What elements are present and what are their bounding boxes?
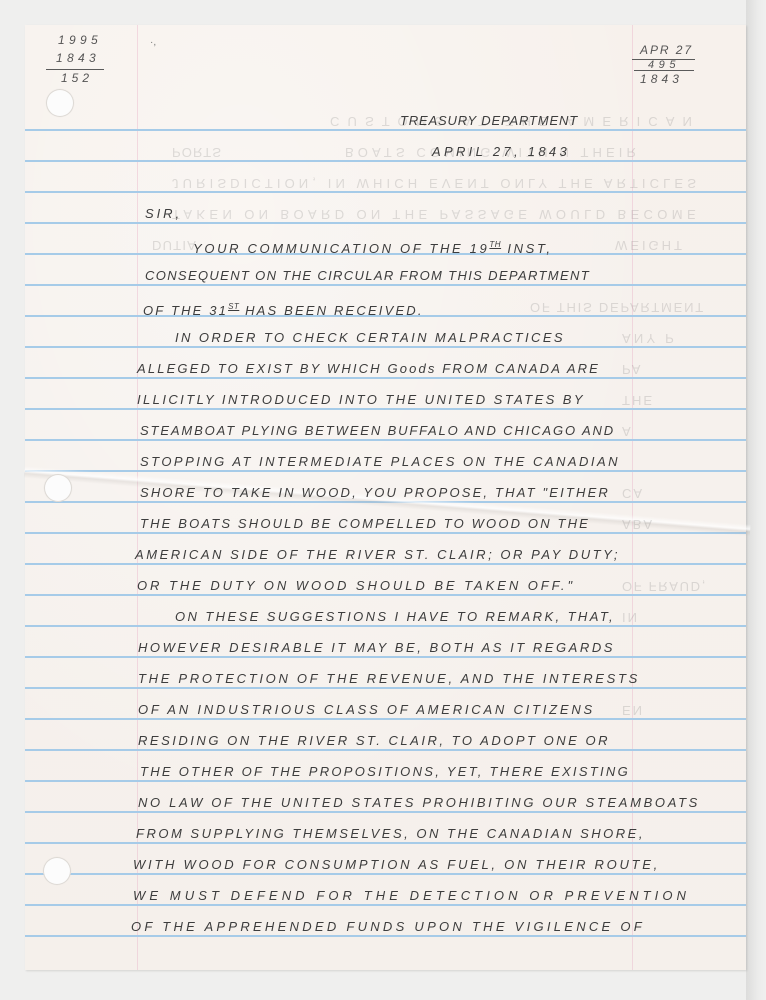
scanner-background xyxy=(746,0,766,1000)
body-line: WE MUST DEFEND FOR THE DETECTION OR PREV… xyxy=(133,887,690,905)
body-line-text: OF THE 31 xyxy=(143,303,228,318)
body-line-text: YOUR COMMUNICATION OF THE 19 xyxy=(193,241,489,256)
body-line: CONSEQUENT ON THE CIRCULAR FROM THIS DEP… xyxy=(145,267,590,285)
annotation-year: 1843 xyxy=(640,72,683,86)
ghost-line: ANY P xyxy=(622,329,677,347)
ghost-line: A xyxy=(622,422,633,440)
ghost-line: IN xyxy=(622,608,639,626)
body-line: FROM SUPPLYING THEMSELVES, ON THE CANADI… xyxy=(136,825,645,843)
pencil-speck: ·, xyxy=(150,37,156,48)
superscript: TH xyxy=(489,240,501,249)
ghost-line: TAKEN ON BOARD ON THE PASSAGE WOULD BECO… xyxy=(172,205,700,223)
body-line: OF THE APPREHENDED FUNDS UPON THE VIGILE… xyxy=(131,918,645,936)
ghost-line: CA xyxy=(622,484,644,502)
ghost-line: OF FRAUD, xyxy=(622,577,707,595)
letter-date: APRIL 27, 1843 xyxy=(432,143,570,161)
annotation-result: 152 xyxy=(61,71,93,85)
body-line: OF AN INDUSTRIOUS CLASS OF AMERICAN CITI… xyxy=(138,701,595,719)
body-line: STEAMBOAT PLYING BETWEEN BUFFALO AND CHI… xyxy=(140,422,615,440)
ghost-line: JURISDICTION, IN WHICH EVENT ONLY THE AR… xyxy=(172,174,700,192)
body-line: WITH WOOD FOR CONSUMPTION AS FUEL, ON TH… xyxy=(133,856,660,874)
body-line: STOPPING AT INTERMEDIATE PLACES ON THE C… xyxy=(140,453,620,471)
body-line: OR THE DUTY ON WOOD SHOULD BE TAKEN OFF.… xyxy=(137,577,575,595)
annotation-underline xyxy=(634,70,694,71)
ghost-line: OF THIS DEPARTMENT xyxy=(530,298,705,316)
annotation-sum-line xyxy=(46,69,104,70)
punch-hole-bottom xyxy=(43,857,71,885)
body-line-text: INST, xyxy=(501,241,553,256)
ghost-line: PA xyxy=(622,360,642,378)
body-line: HOWEVER DESIRABLE IT MAY BE, BOTH AS IT … xyxy=(138,639,615,657)
annotation-subtrahend: 1843 xyxy=(56,51,100,65)
salutation: SIR, xyxy=(145,205,182,223)
body-line: THE BOATS SHOULD BE COMPELLED TO WOOD ON… xyxy=(140,515,590,533)
body-line: ON THESE SUGGESTIONS I HAVE TO REMARK, T… xyxy=(175,608,615,626)
body-line: THE PROTECTION OF THE REVENUE, AND THE I… xyxy=(138,670,640,688)
body-line: RESIDING ON THE RIVER ST. CLAIR, TO ADOP… xyxy=(138,732,610,750)
body-line: AMERICAN SIDE OF THE RIVER ST. CLAIR; OR… xyxy=(135,546,620,564)
body-line: SHORE TO TAKE IN WOOD, YOU PROPOSE, THAT… xyxy=(140,484,610,502)
punch-hole-middle xyxy=(44,474,72,502)
body-line: ILLICITLY INTRODUCED INTO THE UNITED STA… xyxy=(137,391,585,409)
ghost-line: ABA xyxy=(622,515,654,533)
department-heading: TREASURY DEPARTMENT xyxy=(400,112,578,130)
body-line: OF THE 31ST HAS BEEN RECEIVED. xyxy=(143,298,424,316)
body-line: THE OTHER OF THE PROPOSITIONS, YET, THER… xyxy=(140,763,630,781)
annotation-minuend: 1995 xyxy=(58,33,102,47)
body-line: ALLEGED TO EXIST BY WHICH Goods FROM CAN… xyxy=(137,360,600,378)
body-line-text: HAS BEEN RECEIVED. xyxy=(239,303,423,318)
body-line: YOUR COMMUNICATION OF THE 19TH INST, xyxy=(193,236,553,254)
body-line: IN ORDER TO CHECK CERTAIN MALPRACTICES xyxy=(175,329,565,347)
annotation-date: APR 27 xyxy=(640,43,693,57)
ghost-line: PORTS xyxy=(172,143,222,161)
ghost-line: THE xyxy=(622,391,654,409)
ghost-line: WEIGHT xyxy=(615,236,685,254)
ghost-line: EN xyxy=(622,701,644,719)
punch-hole-top xyxy=(46,89,74,117)
ghost-line: DUTIA xyxy=(152,236,197,254)
superscript: ST xyxy=(228,302,239,311)
body-line: NO LAW OF THE UNITED STATES PROHIBITING … xyxy=(138,794,700,812)
